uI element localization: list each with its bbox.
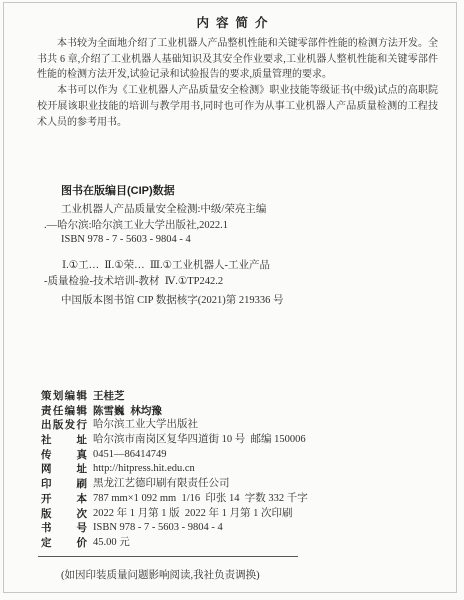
cip-classification-line1: Ⅰ.①工… Ⅱ.①荣… Ⅲ.①工业机器人-工业产品 — [62, 257, 270, 272]
cip-record-line: 中国版本图书馆 CIP 数据核字(2021)第 219336 号 — [61, 292, 283, 307]
colophon-label: 责任编辑 — [41, 404, 87, 419]
cip-publisher-line: .—哈尔滨:哈尔滨工业大学出版社,2022.1 — [44, 217, 228, 232]
colophon-row: 社址 哈尔滨市南岗区复华四道街 10 号 邮编 150006 — [41, 433, 308, 448]
colophon-label: 社址 — [41, 433, 87, 448]
colophon-label: 开本 — [41, 492, 87, 507]
colophon-label: 出版发行 — [41, 418, 87, 433]
divider-line — [38, 556, 298, 557]
colophon-value: 0451—86414749 — [93, 448, 167, 463]
colophon-row: 策划编辑 王桂芝 — [41, 389, 308, 404]
colophon-label: 印刷 — [41, 477, 87, 492]
colophon-value: ISBN 978 - 7 - 5603 - 9804 - 4 — [93, 521, 223, 536]
colophon-row: 印刷 黑龙江艺德印刷有限责任公司 — [41, 477, 308, 492]
colophon-row: 出版发行 哈尔滨工业大学出版社 — [41, 418, 308, 433]
colophon-value: http://hitpress.hit.edu.cn — [93, 462, 195, 477]
colophon-label: 定价 — [41, 536, 87, 551]
colophon-value: 黑龙江艺德印刷有限责任公司 — [93, 477, 230, 492]
colophon-row: 责任编辑 陈雪巍 林均豫 — [41, 404, 308, 419]
colophon-section: 策划编辑 王桂芝 责任编辑 陈雪巍 林均豫 出版发行 哈尔滨工业大学出版社 社址… — [41, 389, 308, 551]
intro-title: 内容简介 — [0, 13, 464, 31]
copyright-page: 内容简介 本书较为全面地介绍了工业机器人产品整机性能和关键零部件性能的检测方法开… — [0, 0, 464, 600]
colophon-value: 哈尔滨市南岗区复华四道街 10 号 邮编 150006 — [93, 433, 306, 448]
colophon-label: 书号 — [41, 521, 87, 536]
footer-note: (如因印装质量问题影响阅读,我社负责调换) — [61, 567, 260, 582]
colophon-row: 版次 2022 年 1 月第 1 版 2022 年 1 月第 1 次印刷 — [41, 507, 308, 522]
cip-title-line: 工业机器人产品质量安全检测:中级/荣亮主编 — [61, 201, 266, 216]
intro-paragraph: 本书可以作为《工业机器人产品质量安全检测》职业技能等级证书(中级)试点的高职院校… — [37, 83, 438, 130]
colophon-value: 787 mm×1 092 mm 1/16 印张 14 字数 332 千字 — [93, 492, 308, 507]
cip-heading: 图书在版编目(CIP)数据 — [61, 182, 175, 198]
colophon-value: 哈尔滨工业大学出版社 — [93, 418, 198, 433]
colophon-row: 开本 787 mm×1 092 mm 1/16 印张 14 字数 332 千字 — [41, 492, 308, 507]
colophon-value: 2022 年 1 月第 1 版 2022 年 1 月第 1 次印刷 — [93, 507, 293, 522]
colophon-value: 王桂芝 — [93, 389, 125, 404]
intro-section: 本书较为全面地介绍了工业机器人产品整机性能和关键零部件性能的检测方法开发。全书共… — [37, 36, 438, 130]
colophon-label: 网址 — [41, 462, 87, 477]
colophon-row: 定价 45.00 元 — [41, 536, 308, 551]
colophon-label: 策划编辑 — [41, 389, 87, 404]
cip-isbn-line: ISBN 978 - 7 - 5603 - 9804 - 4 — [61, 234, 191, 245]
intro-paragraph: 本书较为全面地介绍了工业机器人产品整机性能和关键零部件性能的检测方法开发。全书共… — [37, 36, 438, 83]
colophon-value: 45.00 元 — [93, 536, 130, 551]
colophon-row: 传真 0451—86414749 — [41, 448, 308, 463]
colophon-label: 传真 — [41, 448, 87, 463]
colophon-row: 网址 http://hitpress.hit.edu.cn — [41, 462, 308, 477]
colophon-row: 书号 ISBN 978 - 7 - 5603 - 9804 - 4 — [41, 521, 308, 536]
colophon-label: 版次 — [41, 507, 87, 522]
colophon-value: 陈雪巍 林均豫 — [93, 404, 162, 419]
cip-classification-line2: -质量检验-技术培训-教材 Ⅳ.①TP242.2 — [44, 273, 223, 288]
